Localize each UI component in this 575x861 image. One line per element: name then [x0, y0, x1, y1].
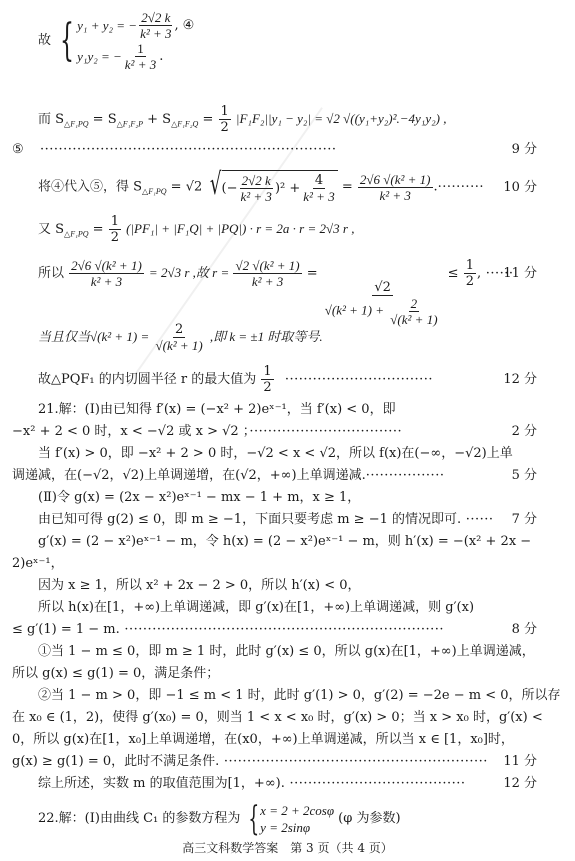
p21-line-7: g′(x) = (2 − x²)eˣ⁻¹ − m，令 h(x) = (2 − x…	[38, 534, 531, 550]
numerator: 1	[219, 104, 231, 120]
text: 调递减，在(−√2，√2)上单调递增，在(√2，+∞)上单调递减.	[12, 468, 366, 483]
text: 故	[38, 33, 51, 48]
brace-system: { y₁ + y₂ = − 2√2 kk² + 3, ④ y₁y₂ = − 1k…	[55, 10, 194, 72]
text: (−	[222, 181, 238, 197]
text: = √2	[167, 180, 203, 195]
denominator: k² + 3	[238, 189, 273, 204]
subscript: △F₁F₂P	[117, 120, 143, 129]
score-label: 12 分	[503, 372, 537, 388]
equation: y = 2sinφ	[260, 819, 334, 836]
p21-line-8: 2)eˣ⁻¹，	[12, 556, 64, 572]
radical: √ (− 2√2 kk² + 3 )² + 4k² + 3	[206, 170, 337, 204]
brace-system: { x = 2 + 2cosφ y = 2sinφ	[245, 802, 334, 836]
text: ≤	[448, 266, 463, 281]
denominator: √(k² + 1)	[388, 312, 439, 327]
text: =	[89, 222, 108, 237]
text: √(k² + 1) +	[325, 302, 388, 317]
max-radius-line: 故△PQF₁ 的内切圆半径 r 的最大值为 12 ···············…	[38, 364, 537, 395]
numerator: 2√2 k	[240, 173, 273, 189]
denominator: k² + 3	[123, 57, 158, 72]
text: g(x) ≥ g(1) = 0，此时不满足条件.	[12, 754, 219, 769]
fraction: 12	[109, 214, 121, 245]
text: −x² + 2 < 0 时，x < −√2 或 x > √2 ；	[12, 424, 249, 439]
numerator: 2	[173, 322, 185, 338]
numerator: √2	[372, 280, 393, 296]
subscript: △F₁PQ	[142, 187, 166, 196]
fraction: 2√2 kk² + 3	[138, 10, 173, 41]
denominator: 2	[261, 380, 273, 395]
denominator: 2	[464, 274, 476, 289]
p21-line-17: g(x) ≥ g(1) = 0，此时不满足条件. ···············…	[12, 754, 537, 770]
p21-conclusion: 综上所述，实数 m 的取值范围为[1，+∞). ················…	[38, 776, 537, 792]
numerator: 1	[261, 364, 273, 380]
text: (φ 为参数)	[338, 811, 400, 826]
p21-line-3: 当 f′(x) > 0，即 −x² + 2 > 0 时，−√2 < x < √2…	[38, 446, 513, 462]
denominator: k² + 3	[138, 26, 173, 41]
fraction: 2√(k² + 1)	[154, 322, 205, 353]
p22-line-1: 22.解：(Ⅰ)由曲线 C₁ 的参数方程为 { x = 2 + 2cosφ y …	[38, 802, 401, 836]
score-label: 8 分	[508, 622, 537, 638]
math: y₁y₂ = −	[77, 46, 122, 68]
fraction: 12	[261, 364, 273, 395]
numerator: 2	[409, 296, 420, 312]
p21-line-1: 21.解：(Ⅰ)由已知得 f′(x) = (−x² + 2)eˣ⁻¹，当 f′(…	[38, 402, 396, 418]
score-label: 11 分	[503, 266, 537, 282]
fraction: 12	[219, 104, 231, 135]
perimeter-line: 又 S△F₁PQ = 12 (|PF₁| + |F₁Q| + |PQ|) · r…	[38, 214, 354, 245]
score-label: 12 分	[499, 776, 537, 792]
fraction: √2 √(k² + 1) + 2√(k² + 1)	[323, 280, 443, 327]
denominator: 2	[219, 120, 231, 135]
math: (|PF₁| + |F₁Q| + |PQ|) · r = 2a · r = 2√…	[126, 221, 354, 236]
equation-system-4: 故 { y₁ + y₂ = − 2√2 kk² + 3, ④ y₁y₂ = − …	[38, 10, 194, 72]
leader-dots: ········································…	[40, 142, 485, 158]
subscript: △F₁F₂Q	[171, 120, 198, 129]
equation: x = 2 + 2cosφ	[260, 802, 334, 819]
text: 而 S	[38, 112, 64, 127]
math: 当且仅当√(k² + 1) =	[38, 329, 153, 344]
text: 又 S	[38, 222, 64, 237]
math: y₁ + y₂ = −	[77, 15, 137, 37]
denominator: 2	[109, 230, 121, 245]
left-brace-icon: {	[60, 19, 74, 63]
score-line-9: ⑤ ······································…	[12, 142, 537, 158]
numerator: 1	[464, 258, 476, 274]
text: 22.解：(Ⅰ)由曲线 C₁ 的参数方程为	[38, 811, 240, 826]
area-formula-line: 而 S△F₁PQ = S△F₁F₂P + S△F₁F₂Q = 12 |F₁F₂|…	[38, 104, 446, 135]
p21-line-5: (Ⅱ)令 g(x) = (2x − x²)eˣ⁻¹ − mx − 1 + m，x…	[38, 490, 360, 506]
p21-line-12: ①当 1 − m ≤ 0，即 m ≥ 1 时，此时 g′(x) ≤ 0，所以 g…	[38, 644, 535, 660]
numerator: 2√2 k	[139, 10, 172, 26]
p21-line-10: 所以 h(x)在[1，+∞)上单调递减，即 g′(x)在[1，+∞)上单调递减，…	[38, 600, 474, 616]
denominator: k² + 3	[250, 274, 285, 289]
p21-line-11: ≤ g′(1) = 1 − m. ·······················…	[12, 622, 537, 638]
text: 综上所述，实数 m 的取值范围为[1，+∞).	[38, 776, 285, 791]
page-footer: 高三文科数学答案 第 3 页（共 4 页）	[0, 840, 575, 856]
substitution-line: 将④代入⑤，得 S△F₁PQ = √2 √ (− 2√2 kk² + 3 )² …	[38, 170, 537, 204]
score-label: 5 分	[512, 468, 537, 484]
score-label: 7 分	[512, 512, 537, 528]
numerator: 1	[135, 41, 146, 57]
p21-line-9: 因为 x ≥ 1，所以 x² + 2x − 2 > 0，所以 h′(x) < 0…	[38, 578, 361, 594]
numerator: √2 √(k² + 1)	[233, 258, 301, 274]
score-label: 10 分	[503, 180, 537, 196]
denominator: k² + 3	[301, 189, 336, 204]
numerator: 2√6 √(k² + 1)	[358, 172, 433, 188]
p21-line-2: −x² + 2 < 0 时，x < −√2 或 x > √2 ；········…	[12, 424, 537, 440]
math: ,即 k = ±1 时取等号.	[210, 329, 323, 344]
p21-line-14: ②当 1 − m > 0，即 −1 ≤ m < 1 时，此时 g′(1) > 0…	[38, 688, 561, 704]
score-label: 9 分	[512, 142, 537, 158]
score-label: 11 分	[499, 754, 537, 770]
p21-line-15: 在 x₀ ∈ (1，2)，使得 g′(x₀) = 0，则当 1 < x < x₀…	[12, 710, 543, 726]
text: 所以	[38, 266, 64, 281]
subscript: △F₁PQ	[64, 120, 88, 129]
denominator: √(k² + 1)	[154, 338, 205, 353]
text: )² +	[275, 181, 300, 197]
fraction: 4k² + 3	[301, 173, 336, 204]
fraction: √2 √(k² + 1)k² + 3	[233, 258, 301, 289]
text: + S	[143, 112, 171, 127]
math: |F₁F₂||y₁ − y₂| = √2 √((y₁+y₂)².−4y₁y₂) …	[236, 111, 447, 126]
radius-line: 所以 2√6 √(k² + 1)k² + 3 = 2√3 r ,故 r = √2…	[38, 258, 537, 327]
text: 由已知可得 g(2) ≤ 0，即 m ≥ −1，下面只要考虑 m ≥ −1 的情…	[38, 512, 461, 527]
equality-condition-line: 当且仅当√(k² + 1) = 2√(k² + 1) ,即 k = ±1 时取等…	[38, 322, 323, 353]
denominator: k² + 3	[89, 274, 124, 289]
fraction: 2√2 kk² + 3	[238, 173, 273, 204]
fraction: 2√6 √(k² + 1)k² + 3	[69, 258, 144, 289]
text: ≤ g′(1) = 1 − m.	[12, 622, 120, 637]
fraction: 12	[464, 258, 476, 289]
left-brace-icon: {	[248, 802, 259, 836]
fraction: 2√(k² + 1)	[388, 296, 439, 327]
denominator: √(k² + 1) + 2√(k² + 1)	[323, 296, 443, 327]
text: 将④代入⑤，得 S	[38, 180, 142, 195]
denominator: k² + 3	[377, 188, 412, 203]
sqrt-icon: √	[210, 170, 221, 204]
text: =	[307, 266, 322, 281]
score-label: 2 分	[512, 424, 537, 440]
math: = 2√3 r ,故 r =	[149, 265, 233, 280]
numerator: 2√6 √(k² + 1)	[69, 258, 144, 274]
text: =	[198, 112, 217, 127]
circle-mark-5: ⑤	[12, 142, 24, 157]
p21-line-16: 0，所以 g(x)在[1，x₀]上单调递增，在(x0，+∞)上单调递减，所以当 …	[12, 732, 514, 748]
p21-line-13: 所以 g(x) ≤ g(1) = 0，满足条件；	[12, 666, 219, 682]
text: 故△PQF₁ 的内切圆半径 r 的最大值为	[38, 372, 256, 387]
subscript: △F₁PQ	[64, 230, 88, 239]
numerator: 1	[109, 214, 121, 230]
p21-line-4: 调递减，在(−√2，√2)上单调递增，在(√2，+∞)上单调递减.·······…	[12, 468, 537, 484]
circle-mark-4: ④	[183, 15, 195, 37]
fraction: 1k² + 3	[123, 41, 158, 72]
text: = S	[89, 112, 117, 127]
p21-line-6: 由已知可得 g(2) ≤ 0，即 m ≥ −1，下面只要考虑 m ≥ −1 的情…	[38, 512, 537, 528]
text: =	[342, 180, 357, 195]
numerator: 4	[313, 173, 325, 189]
fraction: 2√6 √(k² + 1)k² + 3	[358, 172, 433, 203]
